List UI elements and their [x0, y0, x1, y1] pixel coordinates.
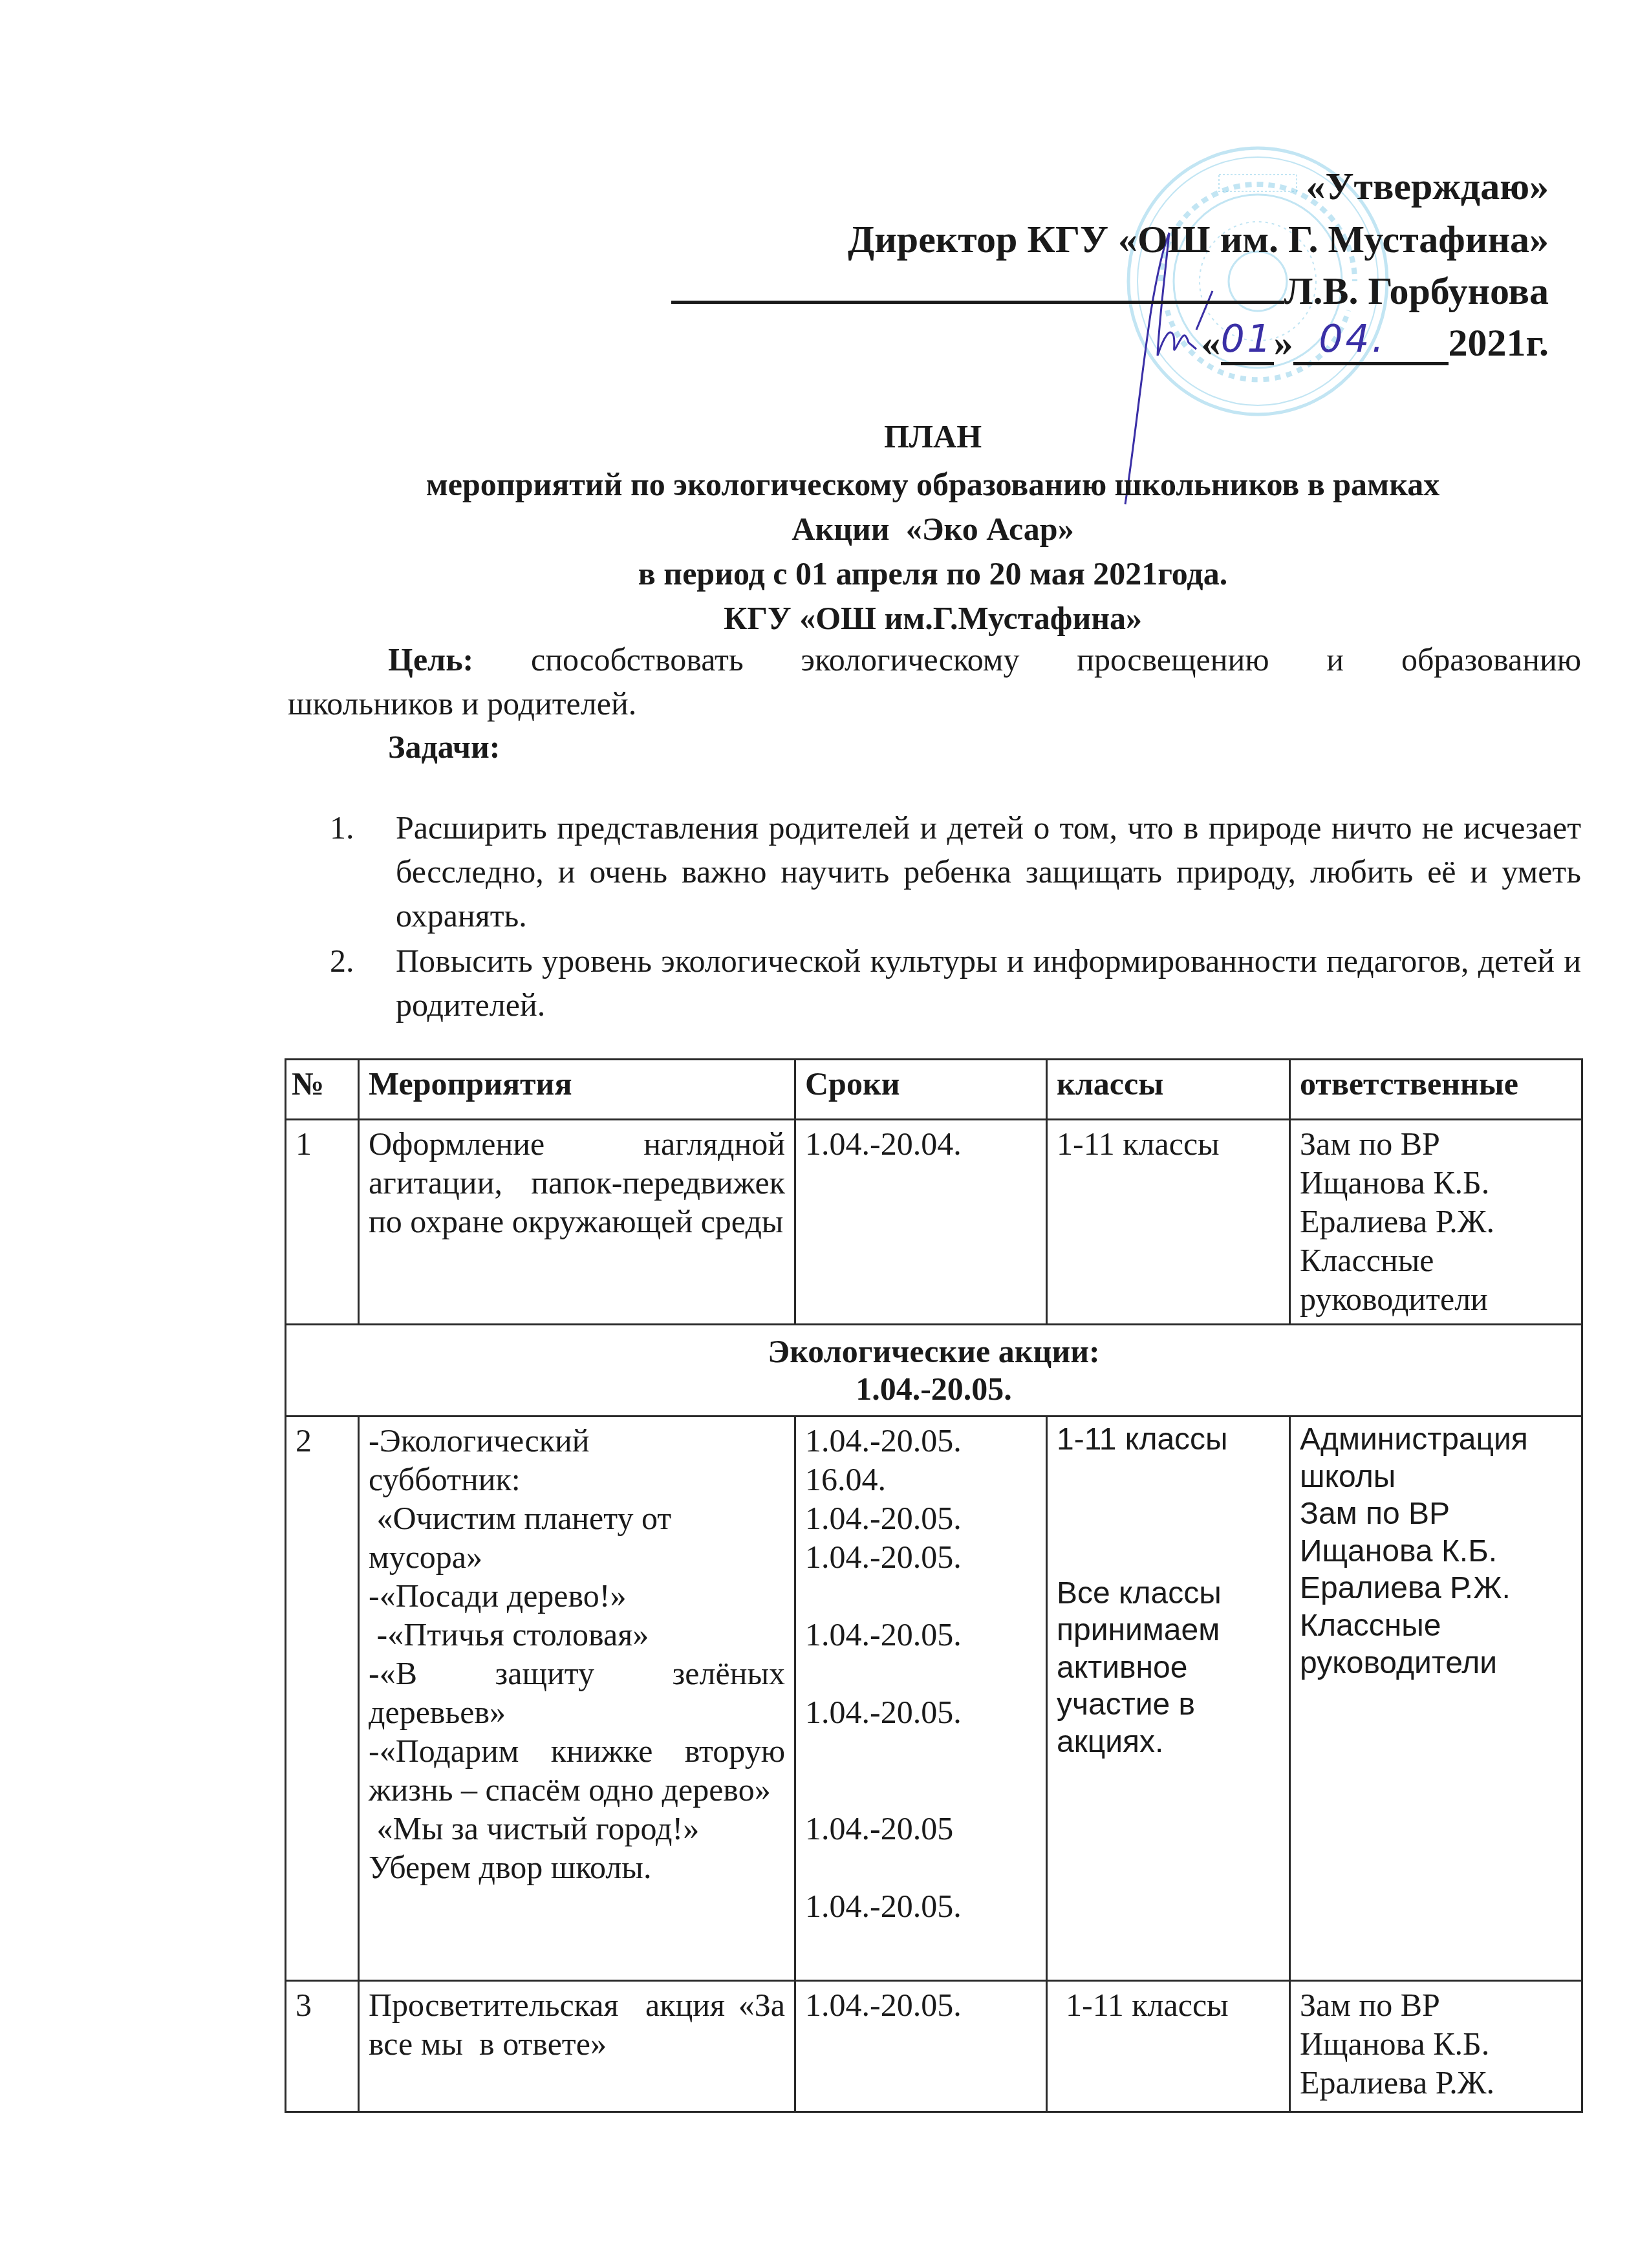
task-number: 2. [330, 939, 354, 983]
cell-number: 1 [286, 1120, 359, 1325]
cell-dates: 1.04.-20.05. 16.04. 1.04.-20.05. 1.04.-2… [795, 1417, 1047, 1981]
signature-line [671, 301, 1284, 304]
table-row: 1 Оформление наглядной агитации, папок-п… [286, 1120, 1582, 1325]
table-row: 2 -Экологический субботник: «Очистим пла… [286, 1417, 1582, 1981]
task-text: Расширить представления родителей и дете… [396, 806, 1581, 937]
cell-number: 2 [286, 1417, 359, 1981]
approval-title: «Утверждаю» [1306, 167, 1549, 206]
approver-signature-row: Л.В. Горбунова [671, 272, 1549, 310]
approver-name: Л.В. Горбунова [1284, 270, 1549, 312]
cell-responsible: Зам по ВР Ищанова К.Б. Ералиева Р.Ж. Кла… [1290, 1120, 1582, 1325]
goal-text-1: способствовать экологическому просвещени… [531, 641, 1581, 678]
section-row: Экологические акции: 1.04.-20.05. [286, 1325, 1582, 1417]
responsible-line: Ищанова К.Б. [1300, 1163, 1572, 1202]
responsible-line: Зам по ВР [1300, 1124, 1572, 1163]
plan-subtitle-3: в период с 01 апреля по 20 мая 2021года. [285, 557, 1581, 590]
responsible-line: Ералиева Р.Ж. [1300, 1570, 1572, 1607]
classes-line: участие в [1057, 1686, 1280, 1724]
approver-position: Директор КГУ «ОШ им. Г. Мустафина» [848, 220, 1549, 259]
responsible-line: руководители [1300, 1279, 1572, 1318]
task-item: 1. Расширить представления родителей и д… [330, 806, 1581, 937]
cell-responsible: Администрация школы Зам по ВР Ищанова К.… [1290, 1417, 1582, 1981]
classes-line: Все классы [1057, 1575, 1280, 1612]
date-line [805, 1848, 1037, 1887]
date-open-quote: « [1202, 321, 1221, 364]
task-number: 1. [330, 806, 354, 850]
date-line: 1.04.-20.05. [805, 1887, 1037, 1925]
cell-event: Просветительская акция «За все мы в отве… [359, 1981, 795, 2112]
header-responsible: ответственные [1290, 1060, 1582, 1120]
classes-line: акциях. [1057, 1724, 1280, 1761]
date-month-field: 04. [1293, 323, 1449, 365]
date-month: 04. [1319, 317, 1386, 361]
responsible-line: Ищанова К.Б. [1300, 2024, 1572, 2063]
responsible-line: Классные [1300, 1607, 1572, 1645]
date-line: 1.04.-20.05. [805, 1537, 1037, 1576]
event-line: «Мы за чистый город!» [369, 1809, 785, 1848]
date-line [805, 1770, 1037, 1809]
header-classes: классы [1047, 1060, 1290, 1120]
table-row: 3 Просветительская акция «За все мы в от… [286, 1981, 1582, 2112]
approval-date-row: «01»04.2021г. [1202, 323, 1549, 365]
date-day: 01 [1221, 317, 1274, 361]
responsible-line: Ералиева Р.Ж. [1300, 1202, 1572, 1241]
responsible-line: руководители [1300, 1645, 1572, 1682]
cell-event: Оформление наглядной агитации, папок-пер… [359, 1120, 795, 1325]
date-line: 1.04.-20.05. [805, 1499, 1037, 1537]
date-line: 1.04.-20.05 [805, 1809, 1037, 1848]
event-line: Уберем двор школы. [369, 1848, 785, 1887]
cell-event: -Экологический субботник: «Очистим плане… [359, 1417, 795, 1981]
date-close-quote: » [1274, 321, 1293, 364]
classes-line: активное [1057, 1649, 1280, 1687]
date-year: 2021г. [1449, 321, 1549, 364]
date-line: 1.04.-20.05. [805, 1693, 1037, 1731]
responsible-line: Ищанова К.Б. [1300, 1533, 1572, 1570]
table-header-row: № Мероприятия Сроки классы ответственные [286, 1060, 1582, 1120]
goal-label: Цель: [388, 641, 473, 678]
date-line: 1.04.-20.05. [805, 1615, 1037, 1654]
date-day-field: 01 [1221, 323, 1274, 365]
task-item: 2. Повысить уровень экологической культу… [330, 939, 1581, 1027]
responsible-line: Зам по ВР [1300, 1495, 1572, 1533]
date-line: 1.04.-20.05. [805, 1421, 1037, 1460]
event-line: -Экологический [369, 1421, 785, 1460]
plan-subtitle-1: мероприятий по экологическому образовани… [285, 468, 1581, 500]
cell-classes: 1-11 классы [1047, 1981, 1290, 2112]
responsible-line: Администрация [1300, 1421, 1572, 1459]
task-text: Повысить уровень экологической культуры … [396, 939, 1581, 1027]
goal-paragraph: Цель: способствовать экологическому прос… [388, 643, 1581, 676]
plan-title: ПЛАН [285, 420, 1581, 453]
responsible-line: Ералиева Р.Ж. [1300, 2063, 1572, 2102]
responsible-line: школы [1300, 1459, 1572, 1496]
cell-responsible: Зам по ВР Ищанова К.Б. Ералиева Р.Ж. [1290, 1981, 1582, 2112]
cell-classes: 1-11 классы Все классы принимаем активно… [1047, 1417, 1290, 1981]
section-period: 1.04.-20.05. [296, 1371, 1572, 1408]
classes-line: принимаем [1057, 1612, 1280, 1649]
cell-classes: 1-11 классы [1047, 1120, 1290, 1325]
date-line [805, 1576, 1037, 1615]
classes-line: 1-11 классы [1057, 1421, 1280, 1459]
goal-text-2: школьников и родителей. [288, 687, 636, 720]
responsible-line: Классные [1300, 1241, 1572, 1279]
header-number: № [286, 1060, 359, 1120]
cell-number: 3 [286, 1981, 359, 2112]
event-line: «Очистим планету от [369, 1499, 785, 1537]
plan-subtitle-4: КГУ «ОШ им.Г.Мустафина» [285, 602, 1581, 634]
cell-dates: 1.04.-20.05. [795, 1981, 1047, 2112]
section-title: Экологические акции: [296, 1333, 1572, 1371]
header-events: Мероприятия [359, 1060, 795, 1120]
event-line: -«Птичья столовая» [369, 1615, 785, 1654]
plan-table: № Мероприятия Сроки классы ответственные… [285, 1058, 1583, 2113]
date-line: 16.04. [805, 1460, 1037, 1499]
date-line [805, 1654, 1037, 1693]
header-dates: Сроки [795, 1060, 1047, 1120]
event-line: мусора» [369, 1537, 785, 1576]
date-line [805, 1731, 1037, 1770]
event-line: субботник: [369, 1460, 785, 1499]
tasks-label: Задачи: [388, 731, 500, 763]
cell-dates: 1.04.-20.04. [795, 1120, 1047, 1325]
event-line: -«Подарим книжке вторую жизнь – спасём о… [369, 1731, 785, 1809]
section-heading: Экологические акции: 1.04.-20.05. [286, 1325, 1582, 1417]
responsible-line: Зам по ВР [1300, 1985, 1572, 2024]
event-line: -«В защиту зелёных деревьев» [369, 1654, 785, 1731]
event-line: -«Посади дерево!» [369, 1576, 785, 1615]
plan-subtitle-2: Акции «Эко Асар» [285, 513, 1581, 545]
